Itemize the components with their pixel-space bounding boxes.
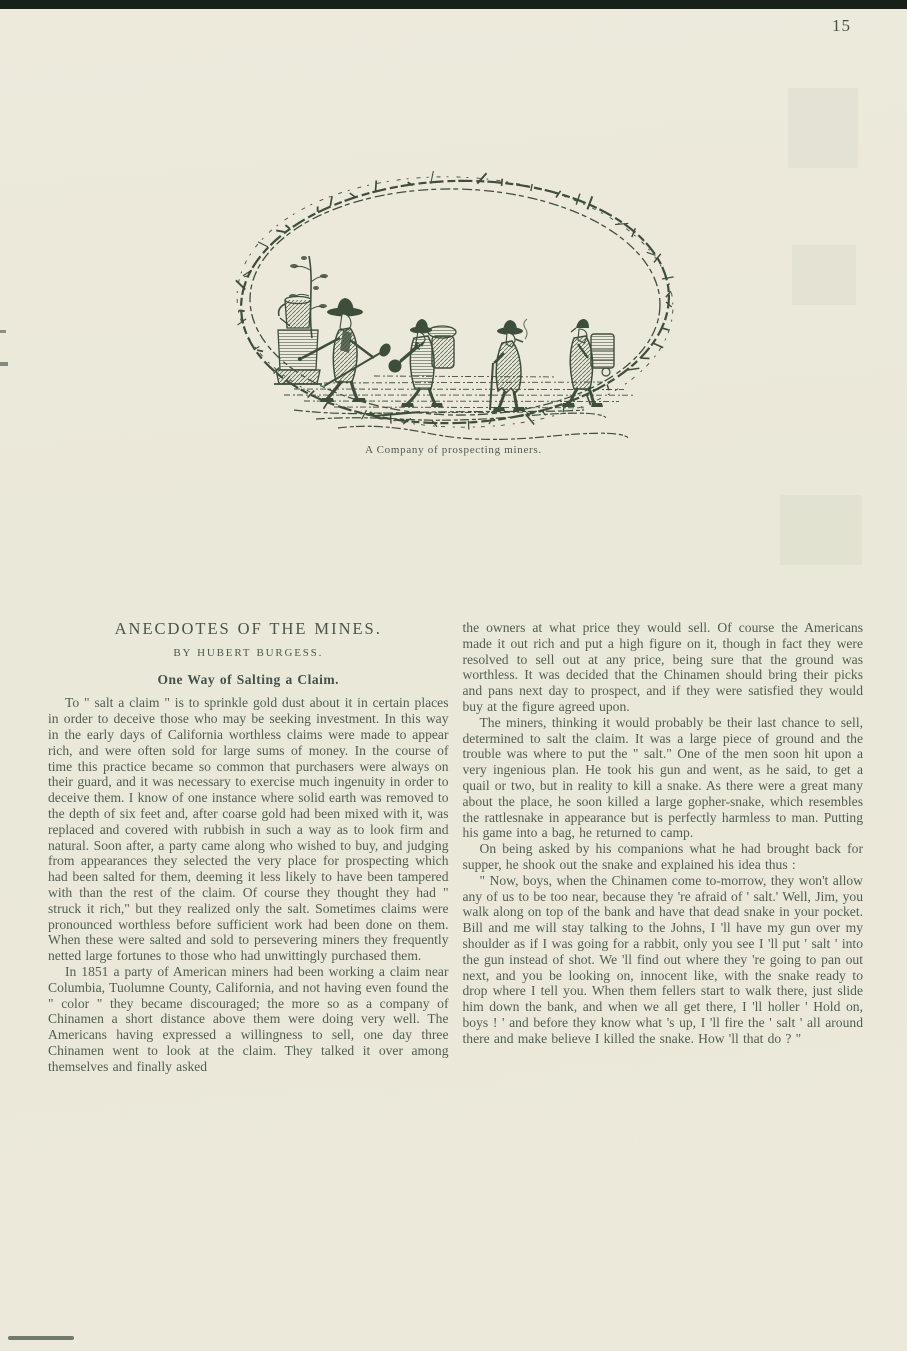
paragraph: the owners at what price they would sell… — [463, 620, 864, 715]
engraving-caption: A Company of prospecting miners. — [219, 444, 689, 456]
article-title: ANECDOTES OF THE MINES. — [48, 621, 449, 637]
scan-artifact — [0, 362, 8, 366]
paragraph: To " salt a claim " is to sprinkle gold … — [48, 695, 449, 964]
page-top-edge — [0, 0, 907, 9]
page-number: 15 — [832, 16, 851, 36]
headpiece-figure: A Company of prospecting miners. — [219, 170, 689, 456]
miner-2 — [388, 319, 456, 407]
bleedthrough-artifact — [788, 88, 858, 168]
paragraph: In 1851 a party of American miners had b… — [48, 964, 449, 1075]
right-column: the owners at what price they would sell… — [463, 620, 864, 1075]
article-byline: BY HUBERT BURGESS. — [48, 646, 449, 662]
miner-3 — [490, 319, 527, 411]
paragraph: The miners, thinking it would probably b… — [463, 715, 864, 841]
scan-artifact — [8, 1336, 74, 1340]
left-column: ANECDOTES OF THE MINES. BY HUBERT BURGES… — [48, 620, 449, 1075]
article-body: ANECDOTES OF THE MINES. BY HUBERT BURGES… — [48, 620, 863, 1075]
coffee-pot — [274, 297, 322, 385]
section-heading: One Way of Salting a Claim. — [48, 672, 449, 688]
paragraph: " Now, boys, when the Chinamen come to-m… — [463, 873, 864, 1047]
scan-artifact — [0, 330, 6, 333]
paragraph: On being asked by his companions what he… — [463, 841, 864, 873]
bleedthrough-artifact — [792, 245, 856, 305]
headpiece-engraving — [224, 170, 684, 442]
bleedthrough-artifact — [780, 495, 862, 565]
